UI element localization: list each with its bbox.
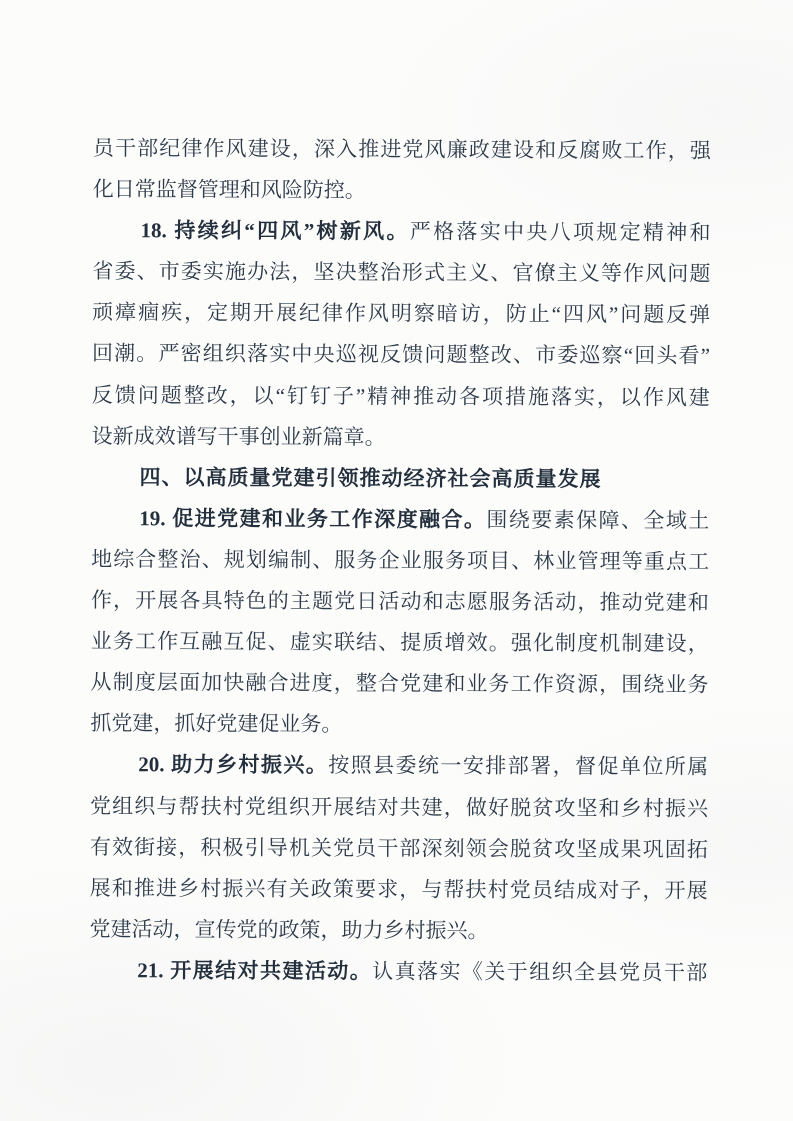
line-text: 按照县委统一安排部署，督促单位所属 [328, 753, 708, 779]
line-text: 回潮。严密组织落实中央巡视反馈问题整改、市委巡察“回头看” [92, 341, 710, 368]
line-text: 地综合整治、规划编制、服务企业服务项目、林业管理等重点工 [91, 547, 709, 574]
line-text: 党组织与帮扶村党组织开展结对共建，做好脱贫攻坚和乡村振兴 [90, 793, 708, 820]
line-text: 员干部纪律作风建设，深入推进党风廉政建设和反腐败工作，强 [93, 136, 711, 163]
line-text: 化日常监督管理和风险防控。 [93, 177, 366, 202]
line-text: 抓党建，抓好党建促业务。 [90, 711, 342, 736]
text-line: 党组织与帮扶村党组织开展结对共建，做好脱贫攻坚和乡村振兴 [90, 785, 708, 829]
line-text: 省委、市委实施办法，坚决整治形式主义、官僚主义等作风问题 [92, 259, 710, 286]
text-line: 反馈问题整改，以“钉钉子”精神推动各项措施落实，以作风建 [92, 375, 710, 419]
text-line: 从制度层面加快融合进度，整合党建和业务工作资源，围绕业务 [90, 662, 708, 706]
text-line-item-21: 21. 开展结对共建活动。认真落实《关于组织全县党员干部 [89, 950, 707, 994]
text-line-item-18: 18. 持续纠“四风”树新风。严格落实中央八项规定精神和 [92, 210, 710, 254]
line-text: 作，开展各具特色的主题党日活动和志愿服务活动，推动党建和 [91, 588, 709, 615]
text-line: 展和推进乡村振兴有关政策要求，与帮扶村党员结成对子，开展 [90, 868, 708, 912]
text-line: 业务工作互融互促、虚实联结、提质增效。强化制度机制建设， [91, 621, 709, 665]
line-text: 党建活动，宣传党的政策，助力乡村振兴。 [89, 917, 488, 943]
line-text: 业务工作互融互促、虚实联结、提质增效。强化制度机制建设， [91, 629, 709, 656]
line-text: 认真落实《关于组织全县党员干部 [372, 959, 707, 984]
line-bold-text: 18. 持续纠“四风”树新风。 [141, 218, 410, 243]
text-line: 设新成效谱写干事创业新篇章。 [92, 416, 710, 460]
line-text: 严格落实中央八项规定精神和 [410, 220, 711, 245]
line-text: 设新成效谱写干事创业新篇章。 [92, 424, 386, 449]
document-body: 员干部纪律作风建设，深入推进党风廉政建设和反腐败工作，强 化日常监督管理和风险防… [89, 128, 711, 994]
line-text: 顽瘴痼疾，定期开展纪律作风明察暗访，防止“四风”问题反弹 [92, 300, 710, 327]
line-text: 有效街接，积极引导机关党员干部深刻领会脱贫攻坚成果巩固拓 [90, 835, 708, 862]
text-line: 抓党建，抓好党建促业务。 [90, 703, 708, 747]
text-line: 员干部纪律作风建设，深入推进党风廉政建设和反腐败工作，强 [93, 128, 711, 172]
line-text: 反馈问题整改，以“钉钉子”精神推动各项措施落实，以作风建 [92, 383, 710, 410]
line-bold-text: 19. 促进党建和业务工作深度融合。 [139, 506, 486, 532]
line-text: 展和推进乡村振兴有关政策要求，与帮扶村党员结成对子，开展 [90, 876, 708, 903]
document-page: 员干部纪律作风建设，深入推进党风廉政建设和反腐败工作，强 化日常监督管理和风险防… [0, 0, 793, 1121]
text-line: 化日常监督管理和风险防控。 [93, 169, 711, 213]
text-line: 地综合整治、规划编制、服务企业服务项目、林业管理等重点工 [91, 539, 709, 583]
text-line-item-20: 20. 助力乡村振兴。按照县委统一安排部署，督促单位所属 [90, 744, 708, 788]
text-line: 党建活动，宣传党的政策，助力乡村振兴。 [89, 909, 707, 953]
text-line: 回潮。严密组织落实中央巡视反馈问题整改、市委巡察“回头看” [92, 333, 710, 377]
text-line: 作，开展各具特色的主题党日活动和志愿服务活动，推动党建和 [91, 580, 709, 624]
text-line-item-19: 19. 促进党建和业务工作深度融合。围绕要素保障、全域土 [91, 498, 709, 542]
section-heading-4: 四、以高质量党建引领推动经济社会高质量发展 [91, 457, 709, 501]
line-bold-text: 21. 开展结对共建活动。 [137, 958, 372, 983]
line-text: 围绕要素保障、全域土 [486, 508, 709, 533]
text-line: 顽瘴痼疾，定期开展纪律作风明察暗访，防止“四风”问题反弹 [92, 292, 710, 336]
line-text: 从制度层面加快融合进度，整合党建和业务工作资源，围绕业务 [91, 670, 709, 697]
line-bold-text: 四、以高质量党建引领推动经济社会高质量发展 [139, 466, 601, 491]
line-bold-text: 20. 助力乡村振兴。 [138, 753, 328, 778]
text-line: 有效街接，积极引导机关党员干部深刻领会脱贫攻坚成果巩固拓 [90, 827, 708, 871]
text-line: 省委、市委实施办法，坚决整治形式主义、官僚主义等作风问题 [92, 251, 710, 295]
